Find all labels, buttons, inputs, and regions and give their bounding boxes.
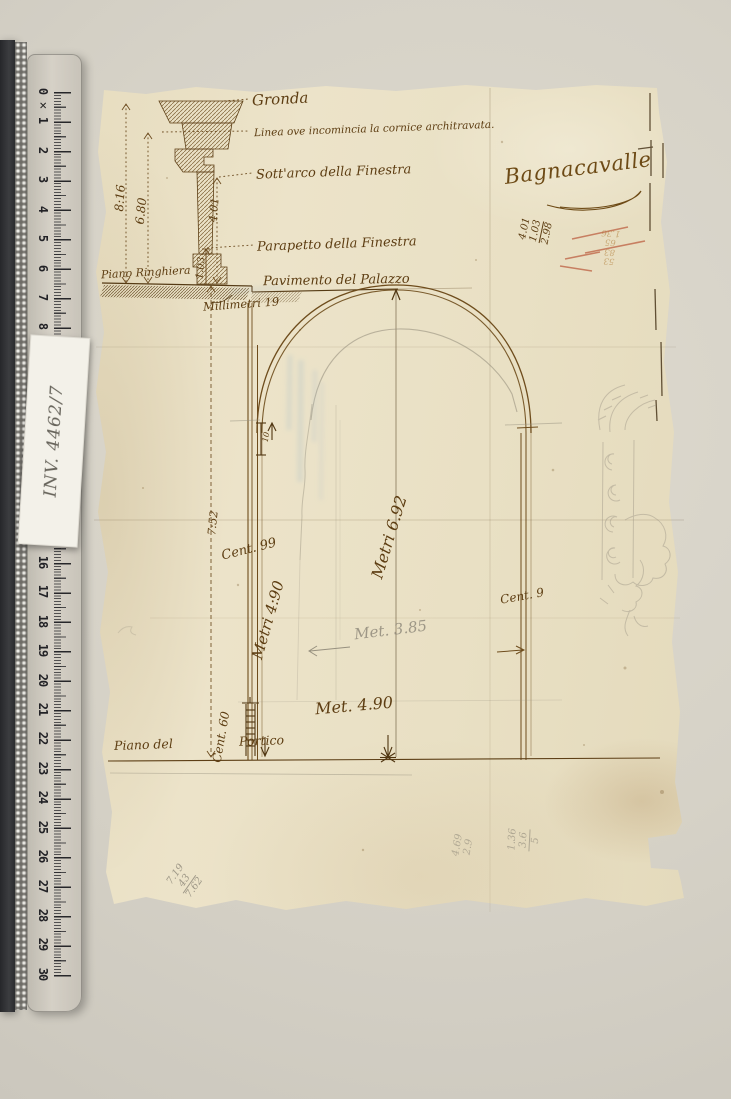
- ruler-number: 6: [36, 259, 50, 277]
- inventory-tag: INV. 4462/7: [18, 334, 91, 547]
- ruler-number: 8: [36, 317, 50, 335]
- ruler-cut-mark: ✕: [37, 101, 48, 109]
- dim-7-52: 7:52: [205, 510, 221, 536]
- ruler-number: 4: [36, 200, 50, 218]
- ruler-number: 26: [36, 847, 50, 865]
- label-pavimento: Pavimento del Palazzo: [263, 272, 410, 290]
- dim-4-01: 4.01: [206, 197, 221, 223]
- drawing-sheet: [86, 82, 690, 918]
- faint-number: 1.36: [601, 227, 621, 238]
- ruler-number: 1: [36, 111, 50, 129]
- ruler-number: 0: [36, 82, 50, 100]
- ruler-number: 16: [36, 553, 50, 571]
- faint-number: 83: [600, 245, 620, 256]
- ruler-number: 17: [36, 582, 50, 600]
- label-portico: Portico: [239, 732, 284, 749]
- calc-result: 5: [528, 829, 541, 852]
- archive-photo-of-architectural-drawing: { "colors": { "ink": "#6b4a1e", "pencil"…: [0, 0, 731, 1099]
- inventory-number: INV. 4462/7: [41, 384, 68, 498]
- dim-1-03: 1.03: [194, 256, 207, 279]
- ruler-number: 25: [36, 818, 50, 836]
- ruler-number: 19: [36, 641, 50, 659]
- ruler-dark-strip: [0, 40, 15, 1012]
- ruler-number: 28: [36, 906, 50, 924]
- calc-line: 3.6: [517, 829, 529, 852]
- ruler-number: 24: [36, 788, 50, 806]
- ruler-number: 20: [36, 671, 50, 689]
- dim-6-80: 6.80: [133, 197, 150, 225]
- ruler-number: 23: [36, 759, 50, 777]
- ruler-number: 27: [36, 877, 50, 895]
- ruler-number: 2: [36, 141, 50, 159]
- ruler-number: 21: [36, 700, 50, 718]
- label-gronda: Gronda: [252, 89, 309, 110]
- ruler-number: 5: [36, 229, 50, 247]
- faint-red-numbers: 53 83 65 1.36: [599, 227, 620, 266]
- dim-8-16: 8:16: [112, 184, 128, 212]
- calc-bottom-right-b: 4.69 2.9: [450, 833, 476, 859]
- ruler-number: 22: [36, 729, 50, 747]
- ruler-number: 29: [36, 935, 50, 953]
- dim-small-10: 10: [261, 431, 272, 443]
- ruler-number: 7: [36, 288, 50, 306]
- ruler-number: 18: [36, 612, 50, 630]
- ruler-number: 3: [36, 170, 50, 188]
- ruler-number: 30: [36, 965, 50, 983]
- calc-bottom-right-a: 1.36 3.6 5: [506, 828, 541, 852]
- label-piano-del: Piano del: [114, 736, 173, 753]
